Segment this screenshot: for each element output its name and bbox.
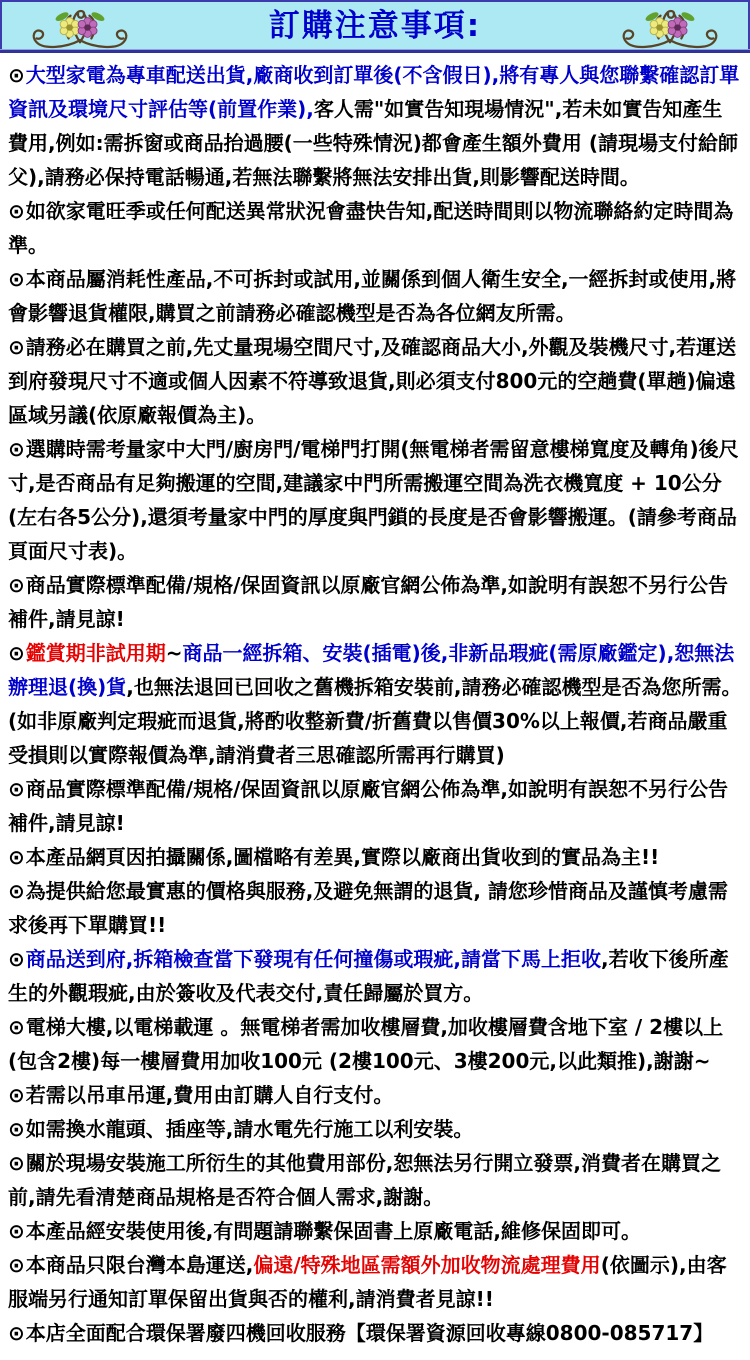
notice-text-segment: 電梯大樓,以電梯載運 。無電梯者需加收樓層費,加收樓層費含地下室 / 2樓以上(… <box>8 1015 723 1073</box>
notice-item: ⊙電梯大樓,以電梯載運 。無電梯者需加收樓層費,加收樓層費含地下室 / 2樓以上… <box>8 1010 742 1078</box>
bullet-icon: ⊙ <box>8 437 25 461</box>
notice-item: ⊙本商品只限台灣本島運送,偏遠/特殊地區需額外加收物流處理費用(依圖示),由客服… <box>8 1248 742 1316</box>
notice-text-segment: 如需換水龍頭、插座等,請水電先行施工以利安裝。 <box>26 1117 474 1141</box>
notice-text-segment: 本商品屬消耗性產品,不可拆封或試用,並關係到個人衛生安全,一經拆封或使用,將會影… <box>8 267 736 325</box>
page-header: 訂購注意事項: <box>0 0 750 49</box>
notice-item: ⊙本商品屬消耗性產品,不可拆封或試用,並關係到個人衛生安全,一經拆封或使用,將會… <box>8 262 742 330</box>
notice-text-segment: 如欲家電旺季或任何配送異常狀況會盡快告知,配送時間則以物流聯絡約定時間為準。 <box>8 199 733 257</box>
bullet-icon: ⊙ <box>8 1015 25 1039</box>
notice-text-segment: 請務必在購買之前,先丈量現場空間尺寸,及確認商品大小,外觀及裝機尺寸,若運送到府… <box>8 335 736 427</box>
notice-text-segment: 鑑賞期非試用期 <box>26 641 166 665</box>
bullet-icon: ⊙ <box>8 267 25 291</box>
notice-text-segment: 本產品網頁因拍攝關係,圖檔略有差異,實際以廠商出貨收到的實品為主!! <box>26 845 659 869</box>
notice-item: ⊙如需換水龍頭、插座等,請水電先行施工以利安裝。 <box>8 1112 742 1146</box>
notice-text-segment: 商品送到府,拆箱檢查當下發現有任何撞傷或瑕疵,請當下馬上拒收 <box>26 947 601 971</box>
notice-item: ⊙關於現場安裝施工所衍生的其他費用部份,恕無法另行開立發票,消費者在購買之前,請… <box>8 1146 742 1214</box>
notice-item: ⊙本產品網頁因拍攝關係,圖檔略有差異,實際以廠商出貨收到的實品為主!! <box>8 840 742 874</box>
bullet-icon: ⊙ <box>8 1321 25 1345</box>
bullet-icon: ⊙ <box>8 947 25 971</box>
notice-text-segment: ~ <box>166 641 183 665</box>
bullet-icon: ⊙ <box>8 641 25 665</box>
notice-item: ⊙選購時需考量家中大門/廚房門/電梯門打開(無電梯者需留意樓梯寬度及轉角)後尺寸… <box>8 432 742 568</box>
bullet-icon: ⊙ <box>8 573 25 597</box>
notice-item: ⊙鑑賞期非試用期~商品一經拆箱、安裝(插電)後,非新品瑕疵(需原廠鑑定),恕無法… <box>8 636 742 772</box>
notice-text-segment: 本商品只限台灣本島運送, <box>26 1253 254 1277</box>
bullet-icon: ⊙ <box>8 63 25 87</box>
bullet-icon: ⊙ <box>8 1117 25 1141</box>
notice-item: ⊙本產品經安裝使用後,有問題請聯繫保固書上原廠電話,維修保固即可。 <box>8 1214 742 1248</box>
notice-text-segment: 為提供給您最實惠的價格與服務,及避免無謂的退貨, 請您珍惜商品及謹慎考慮需求後再… <box>8 879 728 937</box>
notice-item: ⊙本店全面配合環保署廢四機回收服務【環保署資源回收專線0800-085717】 <box>8 1316 742 1350</box>
bullet-icon: ⊙ <box>8 879 25 903</box>
bullet-icon: ⊙ <box>8 1151 25 1175</box>
notice-text-segment: 本產品經安裝使用後,有問題請聯繫保固書上原廠電話,維修保固即可。 <box>26 1219 641 1243</box>
notice-item: ⊙大型家電為專車配送出貨,廠商收到訂單後(不含假日),將有專人與您聯繫確認訂單資… <box>8 58 742 194</box>
floral-ornament-right-icon <box>618 6 722 49</box>
bullet-icon: ⊙ <box>8 777 25 801</box>
bullet-icon: ⊙ <box>8 1083 25 1107</box>
notice-list: ⊙大型家電為專車配送出貨,廠商收到訂單後(不含假日),將有專人與您聯繫確認訂單資… <box>0 53 750 1360</box>
notice-text-segment: 本店全面配合環保署廢四機回收服務【環保署資源回收專線0800-085717】 <box>26 1321 713 1345</box>
notice-text-segment: 若需以吊車吊運,費用由訂購人自行支付。 <box>26 1083 394 1107</box>
notice-item: ⊙若需以吊車吊運,費用由訂購人自行支付。 <box>8 1078 742 1112</box>
notice-text-segment: 偏遠/特殊地區需額外加收物流處理費用 <box>253 1253 600 1277</box>
notice-item: ⊙如欲家電旺季或任何配送異常狀況會盡快告知,配送時間則以物流聯絡約定時間為準。 <box>8 194 742 262</box>
bullet-icon: ⊙ <box>8 199 25 223</box>
notice-text-segment: 選購時需考量家中大門/廚房門/電梯門打開(無電梯者需留意樓梯寬度及轉角)後尺寸,… <box>8 437 739 563</box>
bullet-icon: ⊙ <box>8 1253 25 1277</box>
notice-item: ⊙商品送到府,拆箱檢查當下發現有任何撞傷或瑕疵,請當下馬上拒收,若收下後所產生的… <box>8 942 742 1010</box>
notice-item: ⊙商品實際標準配備/規格/保固資訊以原廠官網公佈為準,如說明有誤恕不另行公告補件… <box>8 772 742 840</box>
bullet-icon: ⊙ <box>8 1219 25 1243</box>
notice-item: ⊙為提供給您最實惠的價格與服務,及避免無謂的退貨, 請您珍惜商品及謹慎考慮需求後… <box>8 874 742 942</box>
notice-text-segment: 商品實際標準配備/規格/保固資訊以原廠官網公佈為準,如說明有誤恕不另行公告補件,… <box>8 777 728 835</box>
notice-item: ⊙請務必在購買之前,先丈量現場空間尺寸,及確認商品大小,外觀及裝機尺寸,若運送到… <box>8 330 742 432</box>
bullet-icon: ⊙ <box>8 845 25 869</box>
notice-item: ⊙商品實際標準配備/規格/保固資訊以原廠官網公佈為準,如說明有誤恕不另行公告補件… <box>8 568 742 636</box>
bullet-icon: ⊙ <box>8 335 25 359</box>
notice-text-segment: 商品實際標準配備/規格/保固資訊以原廠官網公佈為準,如說明有誤恕不另行公告補件,… <box>8 573 728 631</box>
notice-text-segment: 關於現場安裝施工所衍生的其他費用部份,恕無法另行開立發票,消費者在購買之前,請先… <box>8 1151 721 1209</box>
